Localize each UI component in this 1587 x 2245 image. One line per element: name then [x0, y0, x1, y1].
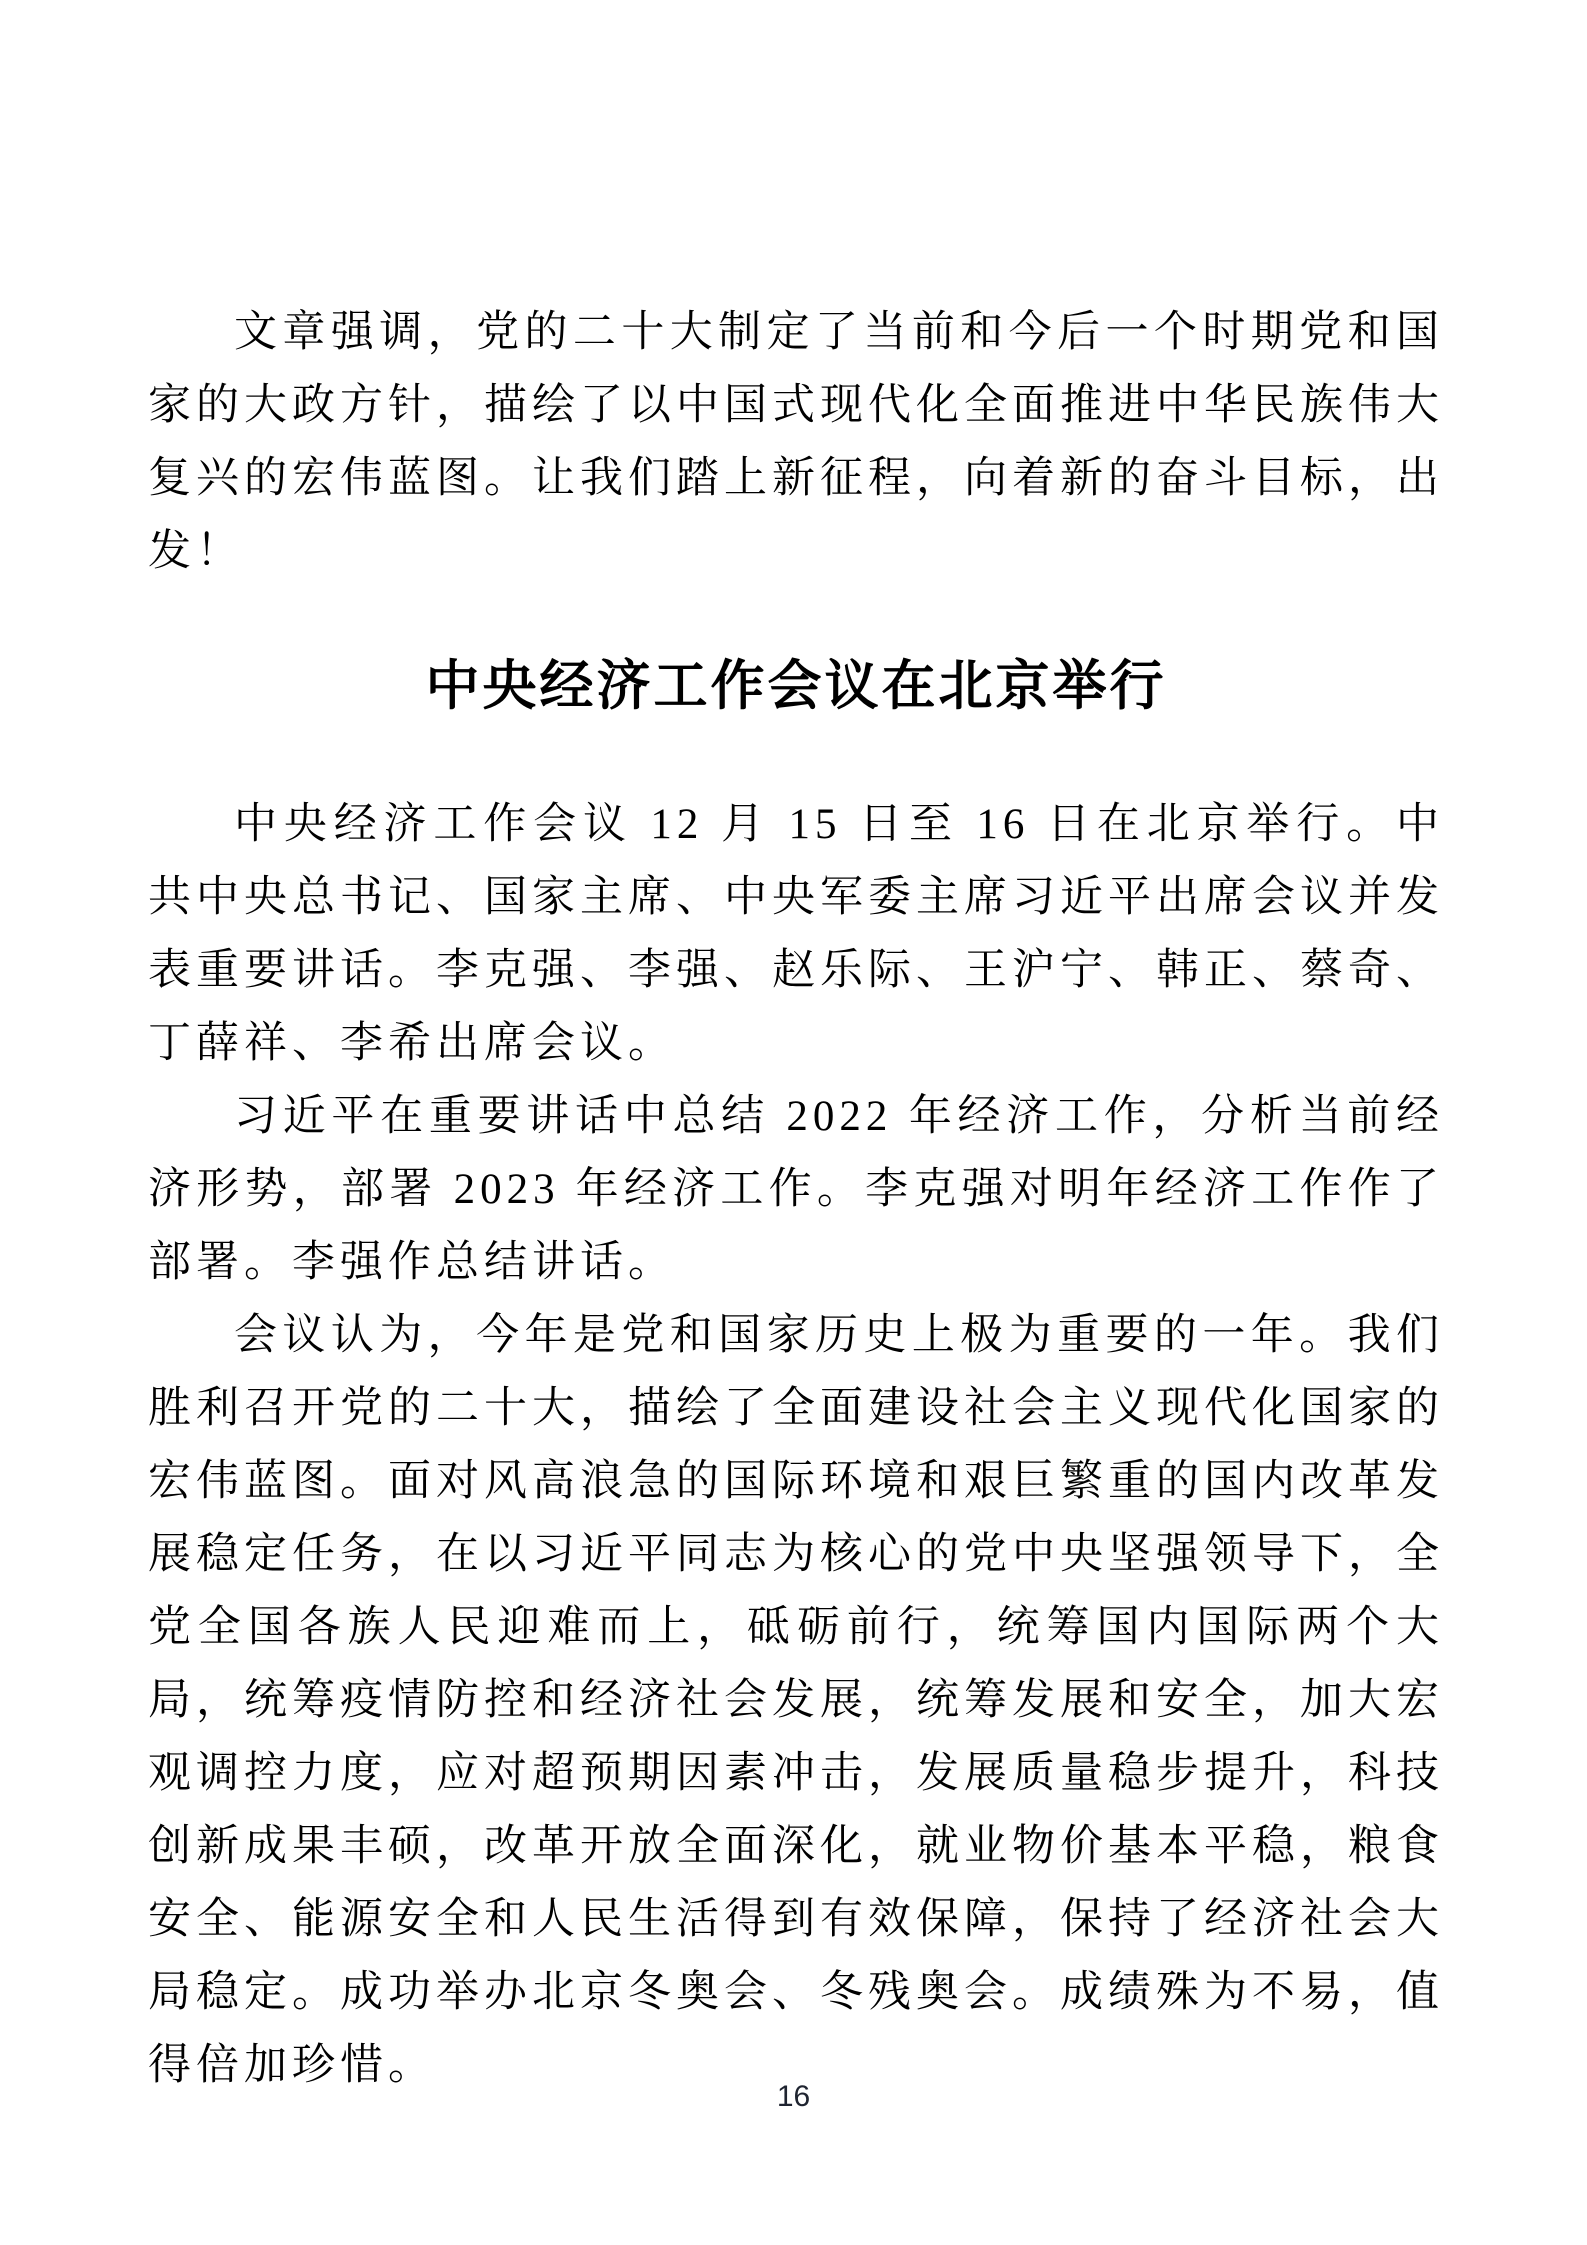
section-title: 中央经济工作会议在北京举行	[148, 640, 1444, 732]
body-paragraph-1: 中央经济工作会议 12 月 15 日至 16 日在北京举行。中共中央总书记、国家…	[148, 788, 1444, 1080]
intro-paragraph: 文章强调，党的二十大制定了当前和今后一个时期党和国家的大政方针，描绘了以中国式现…	[148, 296, 1444, 588]
page-number: 16	[0, 2080, 1587, 2114]
body-paragraph-2: 习近平在重要讲话中总结 2022 年经济工作，分析当前经济形势，部署 2023 …	[148, 1080, 1444, 1299]
document-page: 文章强调，党的二十大制定了当前和今后一个时期党和国家的大政方针，描绘了以中国式现…	[0, 0, 1587, 2245]
page-content: 文章强调，党的二十大制定了当前和今后一个时期党和国家的大政方针，描绘了以中国式现…	[148, 296, 1444, 2102]
body-paragraph-3: 会议认为，今年是党和国家历史上极为重要的一年。我们胜利召开党的二十大，描绘了全面…	[148, 1299, 1444, 2102]
